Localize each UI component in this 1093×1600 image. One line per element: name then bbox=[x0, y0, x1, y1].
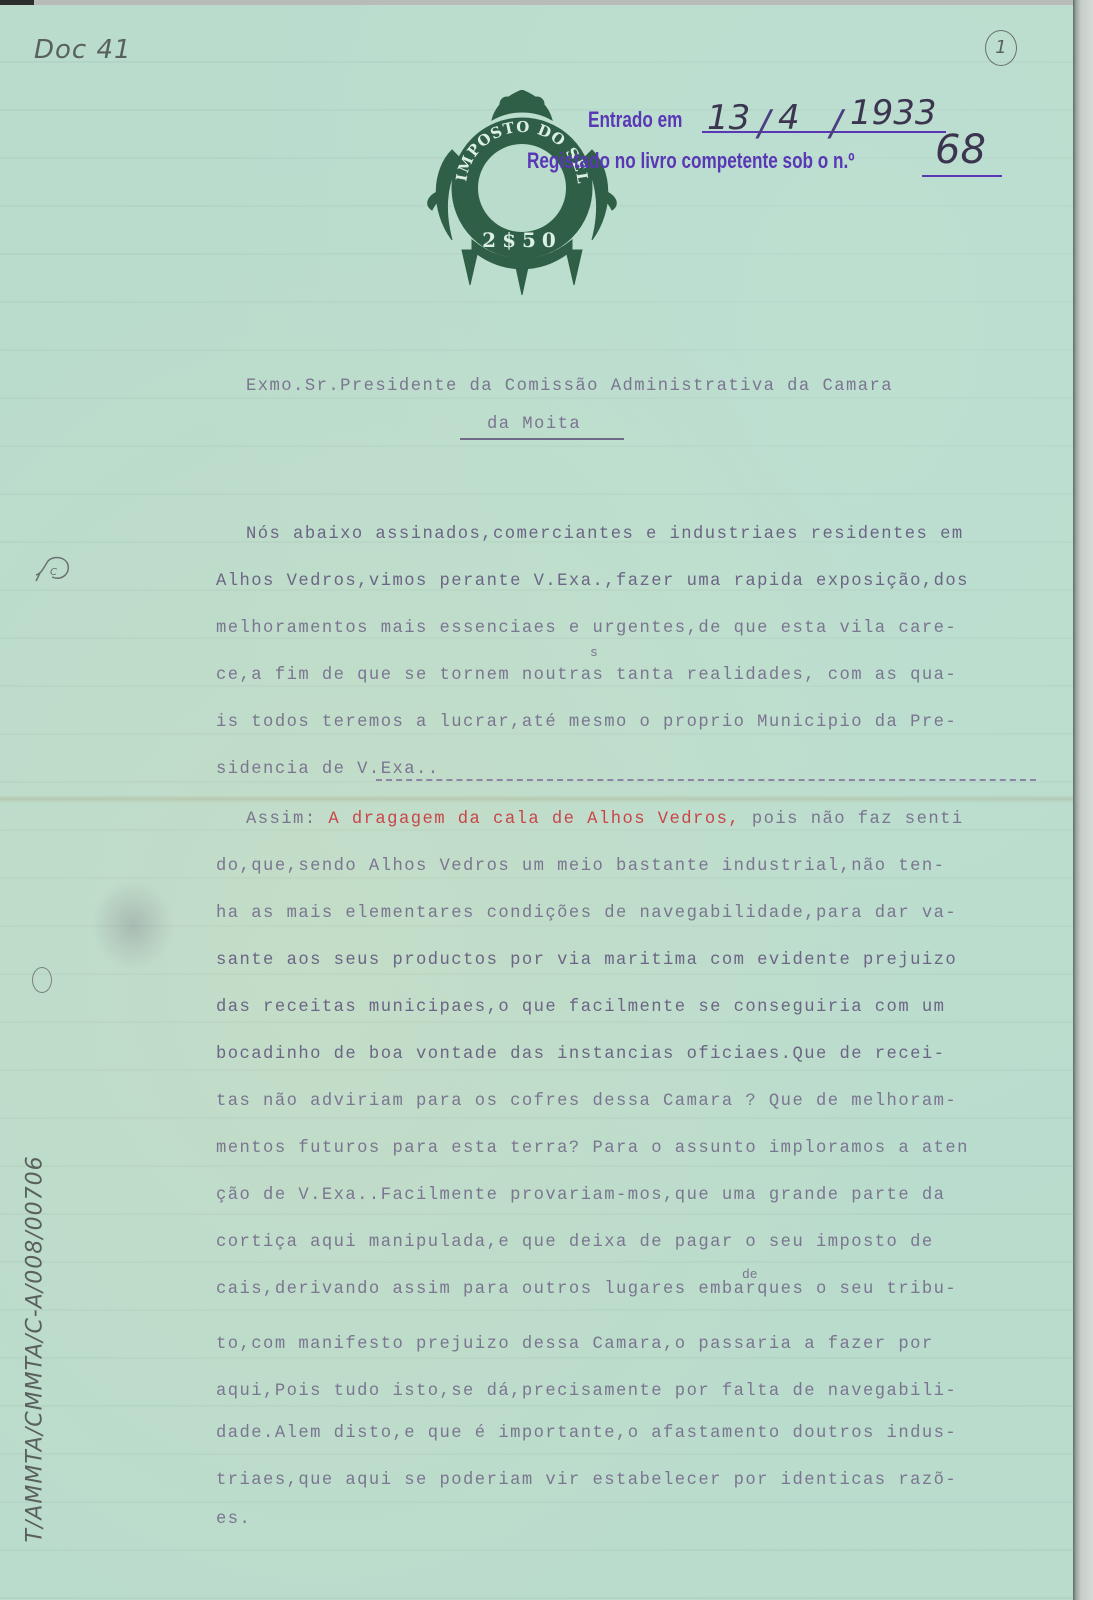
dash-filler bbox=[376, 778, 1036, 781]
addressee-line-1: Exmo.Sr.Presidente da Comissão Administr… bbox=[246, 377, 893, 396]
doc-reference-note: Doc 41 bbox=[34, 35, 132, 65]
margin-mark-icon: C bbox=[32, 553, 76, 585]
body-line: triaes,que aqui se poderiam vir estabele… bbox=[216, 1471, 957, 1490]
body-line: ção de V.Exa..Facilmente provariam-mos,q… bbox=[216, 1186, 945, 1205]
register-label: Registado no livro competente sob o n.º bbox=[527, 148, 855, 174]
body-line: sante aos seus productos por via maritim… bbox=[216, 951, 957, 970]
body-line: to,com manifesto prejuizo dessa Camara,o… bbox=[216, 1335, 934, 1354]
document-page: Doc 41 1 T/AMMTA/CMMTA/C-A/008/00706 C bbox=[0, 5, 1075, 1600]
paper-fold bbox=[0, 795, 1075, 803]
entry-date-label: Entrado em bbox=[588, 107, 682, 133]
assim-lead: Assim: bbox=[246, 810, 328, 829]
entry-date-day: 13 bbox=[707, 98, 750, 138]
body-line: is todos teremos a lucrar,até mesmo o pr… bbox=[216, 713, 957, 732]
body-line: es. bbox=[216, 1510, 251, 1529]
body-line: aqui,Pois tudo isto,se dá,precisamente p… bbox=[216, 1382, 957, 1401]
body-line: ce,a fim de que se tornem noutras tanta … bbox=[216, 666, 957, 685]
margin-circle-mark bbox=[32, 967, 52, 993]
body-line: Alhos Vedros,vimos perante V.Exa.,fazer … bbox=[216, 572, 969, 591]
interlinear-insert: s bbox=[590, 645, 598, 660]
assim-rest: pois não faz senti bbox=[740, 810, 964, 829]
svg-text:2$50: 2$50 bbox=[482, 228, 562, 252]
body-line: cortiça aqui manipulada,e que deixa de p… bbox=[216, 1233, 934, 1252]
archive-code-note: T/AMMTA/CMMTA/C-A/008/00706 bbox=[23, 1173, 48, 1543]
register-number: 68 bbox=[935, 127, 986, 173]
body-line-assim: Assim: A dragagem da cala de Alhos Vedro… bbox=[246, 810, 964, 829]
body-line: tas não adviriam para os cofres dessa Ca… bbox=[216, 1092, 957, 1111]
body-line: mentos futuros para esta terra? Para o a… bbox=[216, 1139, 969, 1158]
ink-smudge bbox=[88, 875, 178, 975]
body-line: dade.Alem disto,e que é importante,o afa… bbox=[216, 1424, 957, 1443]
highlighted-request: A dragagem da cala de Alhos Vedros, bbox=[328, 810, 740, 829]
body-line: sidencia de V.Exa.. bbox=[216, 760, 440, 779]
body-line: bocadinho de boa vontade das instancias … bbox=[216, 1045, 945, 1064]
entry-date-year: 1933 bbox=[850, 93, 937, 133]
date-separator: / bbox=[758, 103, 770, 144]
body-line: melhoramentos mais essenciaes e urgentes… bbox=[216, 619, 957, 638]
body-line: cais,derivando assim para outros lugares… bbox=[216, 1280, 957, 1299]
addressee-line-2: da Moita bbox=[487, 415, 581, 434]
svg-text:C: C bbox=[50, 567, 57, 578]
body-line: Nós abaixo assinados,comerciantes e indu… bbox=[246, 525, 964, 544]
entry-date-month: 4 bbox=[778, 98, 800, 138]
addressee-underline bbox=[460, 438, 624, 440]
page-edge-shadow bbox=[1073, 0, 1093, 1600]
register-underline bbox=[922, 175, 1002, 177]
body-line: do,que,sendo Alhos Vedros um meio bastan… bbox=[216, 857, 945, 876]
date-separator: / bbox=[830, 103, 842, 144]
body-line: das receitas municipaes,o que facilmente… bbox=[216, 998, 945, 1017]
body-line: ha as mais elementares condições de nave… bbox=[216, 904, 957, 923]
page-number-circled: 1 bbox=[985, 30, 1017, 66]
